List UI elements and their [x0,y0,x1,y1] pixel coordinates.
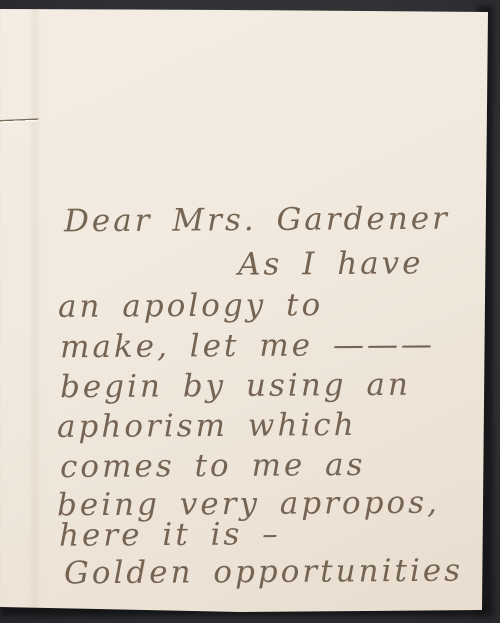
letter-line: aphorism which [57,407,357,445]
letter-page: Dear Mrs. Gardener As I have an apology … [0,0,500,623]
letter-line: an apology to [58,287,323,325]
photo-background: Dear Mrs. Gardener As I have an apology … [0,0,500,623]
letter-line: comes to me as [60,447,366,485]
letter-line: here it is – [59,516,281,554]
letter-line: begin by using an [60,367,411,405]
handwritten-text: Dear Mrs. Gardener As I have an apology … [0,0,500,623]
letter-line: As I have [238,245,424,282]
letter-line-salutation: Dear Mrs. Gardener [64,201,450,240]
letter-line: make, let me ——— [60,327,435,366]
letter-line: Golden opportunities [64,553,463,592]
